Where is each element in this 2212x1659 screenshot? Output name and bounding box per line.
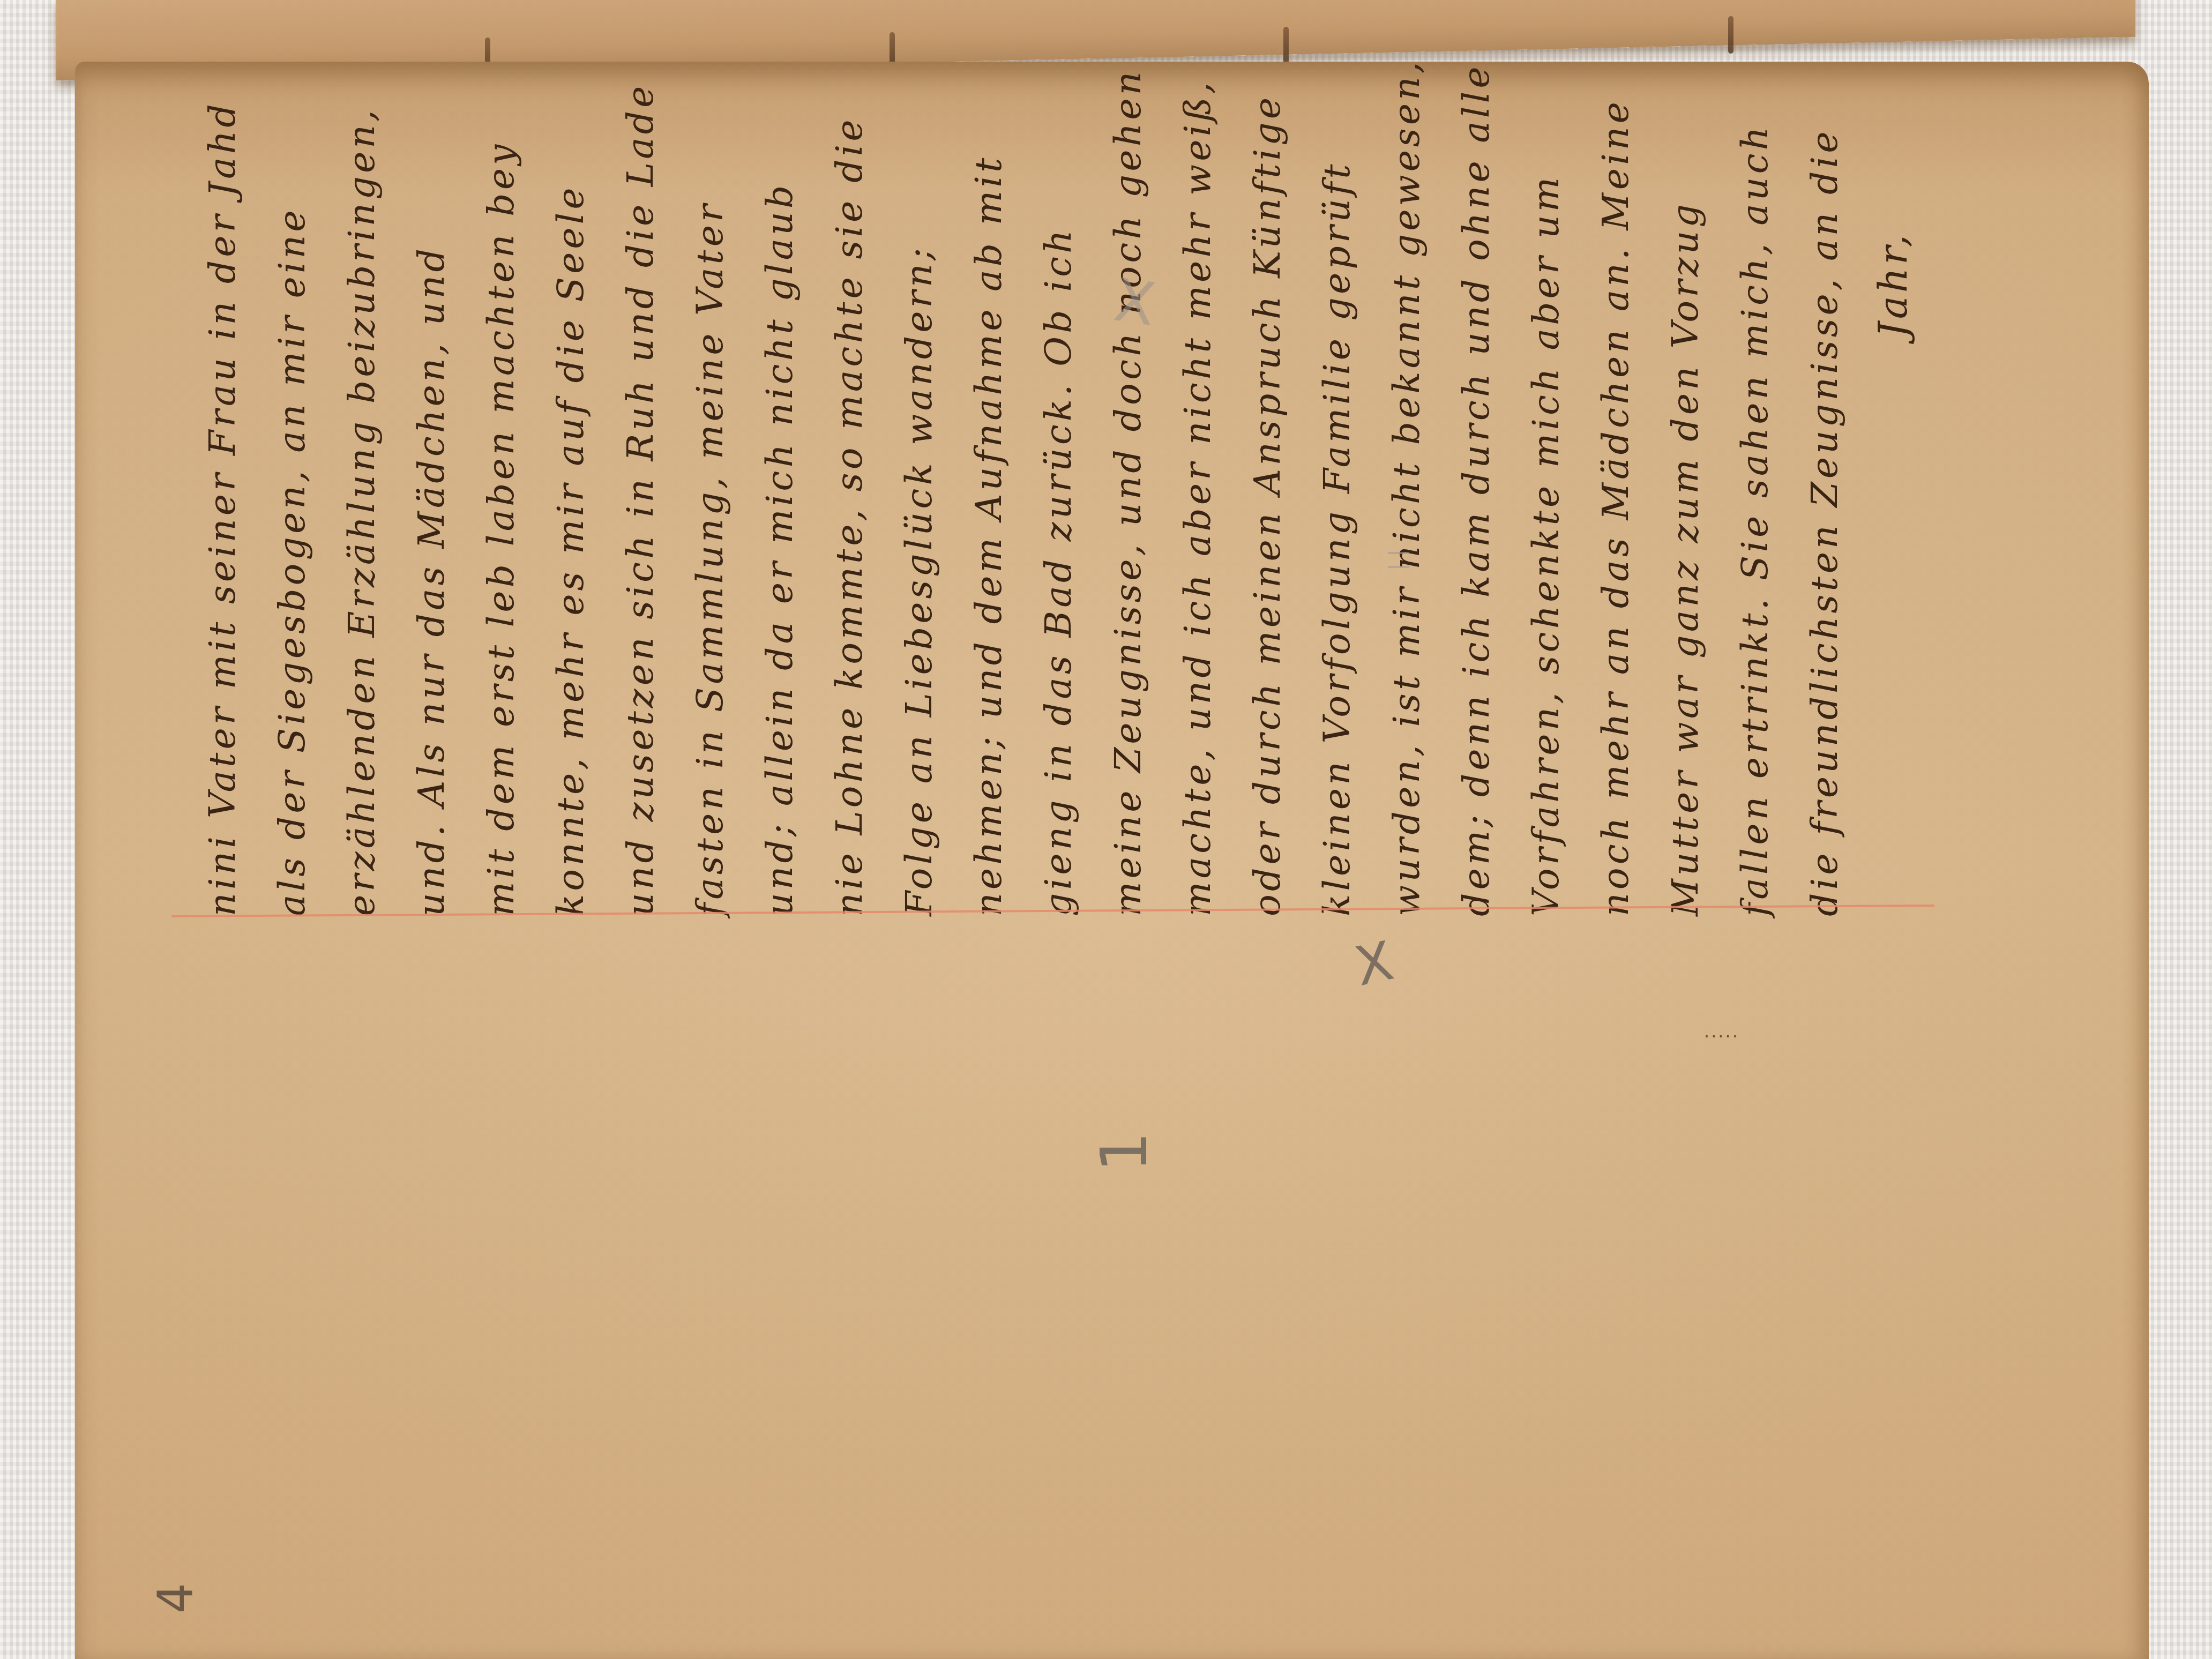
text-line: nehmen; und dem Aufnahme ab mit: [968, 155, 1010, 916]
text-line: Vorfahren, schenkte mich aber um: [1525, 174, 1567, 916]
text-line: wurden, ist mir nicht bekannt gewesen,: [1386, 59, 1428, 916]
pencil-page-number: 1: [1087, 1131, 1162, 1172]
text-line: kleinen Vorfolgung Familie geprüft: [1316, 161, 1358, 916]
text-line: gieng in das Bad zurück. Ob ich: [1037, 227, 1080, 916]
ink-dot-mark: ·····: [1704, 1026, 1739, 1047]
text-line: Mutter war ganz zum den Vorzug: [1664, 201, 1707, 916]
text-line: und; allein da er mich nicht glaub: [759, 182, 801, 916]
text-line: nie Lohne kommte, so machte sie die: [828, 117, 871, 916]
text-line: meine Zeugnisse, und doch noch gehen: [1107, 69, 1149, 916]
text-line: erzählenden Erzählung beizubringen,: [341, 107, 383, 916]
text-line: Folge an Liebesglück wandern;: [898, 245, 940, 916]
text-line: als der Siegesbogen, an mir eine: [271, 207, 313, 916]
binding-stitch: [1728, 16, 1733, 54]
text-line: und zusetzen sich in Ruh und die Lade: [619, 83, 662, 916]
binding-stitch: [1283, 27, 1289, 64]
text-line: mit dem erst leb laben machten bey: [480, 141, 522, 916]
closing-word: Jahr,: [1871, 231, 1916, 338]
text-line: nini Vater mit seiner Frau in der Jahd: [201, 101, 244, 916]
text-line: noch mehr an das Mädchen an. Meine: [1595, 99, 1637, 916]
text-line: machte, und ich aber nicht mehr weiß,: [1177, 79, 1219, 916]
text-line: fasten in Sammlung, meine Vater: [689, 201, 731, 916]
text-line: oder durch meinen Anspruch Künftige: [1246, 94, 1289, 916]
text-line: die freundlichsten Zeugnisse, an die: [1804, 128, 1846, 916]
pencil-double-bar-mark: [1388, 552, 1409, 568]
text-line: fallen ertrinkt. Sie sahen mich, auch: [1734, 124, 1776, 916]
handwritten-text-block: nini Vater mit seiner Frau in der Jahd a…: [193, 80, 2068, 916]
pencil-corner-number: 4: [148, 1583, 204, 1613]
text-line: und. Als nur das Mädchen, und: [410, 245, 453, 916]
text-line: konnte, mehr es mir auf die Seele: [550, 184, 592, 916]
text-line: dem; denn ich kam durch und ohne alle: [1455, 63, 1498, 916]
